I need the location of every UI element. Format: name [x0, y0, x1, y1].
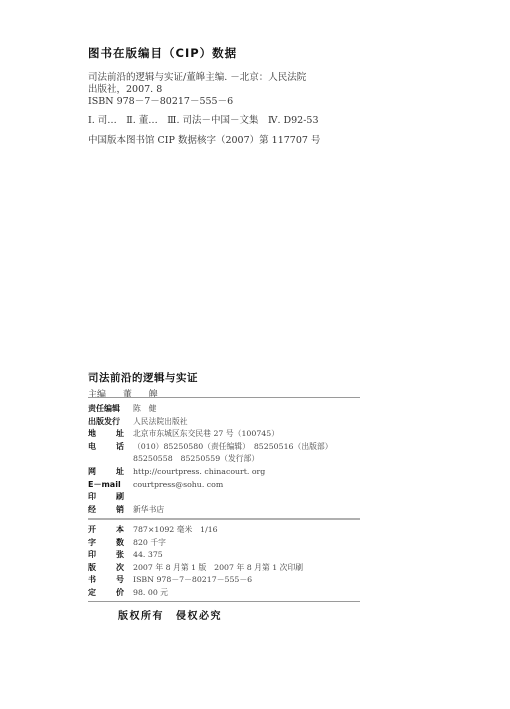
spec-value: 2007 年 8 月第 1 版 2007 年 8 月第 1 次印刷: [133, 563, 303, 572]
label-part-a: 开: [88, 524, 96, 536]
rights-reserved: 版权所有: [118, 611, 164, 622]
label-part-a: 印: [88, 549, 96, 561]
spec-row: 印张44. 375: [88, 549, 163, 561]
editor-name-2: 皞: [149, 390, 158, 400]
publishing-label: 出版发行: [88, 416, 133, 428]
cip-record-number: 中国版本图书馆 CIP 数据核字（2007）第 117707 号: [88, 132, 320, 146]
editor-label: 主编: [88, 390, 106, 400]
publishing-value: 北京市东城区东交民巷 27 号（100745）: [133, 429, 279, 438]
label-part-b: 张: [116, 549, 124, 561]
publishing-row: 经销新华书店: [88, 504, 164, 516]
label-part-b: 数: [116, 537, 124, 549]
label-part-b: 号: [116, 574, 124, 586]
label-part-b: 本: [116, 524, 124, 536]
label-part-b: 次: [116, 562, 124, 574]
label-part-a: 版: [88, 562, 96, 574]
spec-label: 印张: [88, 549, 124, 561]
spec-label: 定价: [88, 587, 124, 599]
publishing-value: 陈 健: [133, 404, 156, 413]
publishing-row: 印刷: [88, 491, 133, 503]
publishing-row: 责任编辑陈 健: [88, 403, 156, 415]
book-title: 司法前沿的逻辑与实证: [88, 370, 198, 385]
cip-heading: 图书在版编目（CIP）数据: [88, 45, 237, 61]
spec-value: 98. 00 元: [133, 588, 168, 597]
label-part-a: 责任编辑: [88, 404, 120, 413]
spec-row: 定价98. 00 元: [88, 587, 168, 599]
publishing-value: http://courtpress. chinacourt. org: [133, 467, 265, 476]
label-part-b: 刷: [116, 491, 124, 503]
spec-row: 版次2007 年 8 月第 1 版 2007 年 8 月第 1 次印刷: [88, 562, 303, 574]
infringement-notice: 侵权必究: [176, 611, 222, 622]
label-part-a: 书: [88, 574, 96, 586]
spec-value: ISBN 978－7－80217－555－6: [133, 575, 252, 584]
divider-bottom: [88, 601, 360, 602]
label-part-a: 经: [88, 504, 96, 516]
publishing-label: 地址: [88, 428, 124, 440]
label-part-b: 址: [116, 466, 124, 478]
publishing-value: 新华书店: [133, 505, 164, 514]
spec-value: 820 千字: [133, 538, 166, 547]
label-part-a: E－mail: [88, 480, 121, 489]
copyright-notice: 版权所有侵权必究: [118, 607, 222, 622]
label-part-b: 价: [116, 587, 124, 599]
label-part-a: 网: [88, 466, 96, 478]
spec-row: 书号ISBN 978－7－80217－555－6: [88, 574, 252, 586]
label-part-a: 定: [88, 587, 96, 599]
publishing-label: 印刷: [88, 491, 124, 503]
label-part-b: 话: [116, 441, 124, 453]
publishing-label: 电话: [88, 441, 124, 453]
spec-row: 开本787×1092 毫米 1/16: [88, 524, 218, 536]
chief-editor-line: 主编 董 皞: [88, 387, 172, 400]
publishing-value: 85250558 85250559（发行部）: [133, 454, 259, 463]
publishing-label: 经销: [88, 504, 124, 516]
publishing-row: 出版发行人民法院出版社: [88, 416, 188, 428]
publishing-label: 网址: [88, 466, 124, 478]
publishing-row: 网址http://courtpress. chinacourt. org: [88, 466, 265, 478]
cip-line-isbn: ISBN 978－7－80217－555－6: [88, 93, 233, 107]
label-part-a: 地: [88, 428, 96, 440]
label-part-a: 电: [88, 441, 96, 453]
divider-top: [88, 397, 360, 398]
spec-label: 版次: [88, 562, 124, 574]
publishing-row: 地址北京市东城区东交民巷 27 号（100745）: [88, 428, 279, 440]
publishing-row: 85250558 85250559（发行部）: [88, 453, 259, 465]
publishing-value: （010）85250580（责任编辑） 85250516（出版部）: [133, 442, 333, 451]
publishing-row: 电话（010）85250580（责任编辑） 85250516（出版部）: [88, 441, 333, 453]
editor-name-1: 董: [123, 390, 132, 400]
divider-middle: [88, 518, 360, 520]
spec-label: 字数: [88, 537, 124, 549]
spec-label: 书号: [88, 574, 124, 586]
label-part-b: 址: [116, 428, 124, 440]
publishing-row: E－mailcourtpress@sohu. com: [88, 479, 223, 491]
spec-row: 字数820 千字: [88, 537, 166, 549]
spec-value: 787×1092 毫米 1/16: [133, 525, 218, 534]
cip-classification: Ⅰ. 司… Ⅱ. 董… Ⅲ. 司法－中国－文集 Ⅳ. D92-53: [88, 112, 319, 126]
label-part-a: 字: [88, 537, 96, 549]
publishing-value: courtpress@sohu. com: [133, 480, 223, 489]
publishing-label: E－mail: [88, 479, 133, 491]
label-part-a: 出版发行: [88, 417, 120, 426]
publishing-value: 人民法院出版社: [133, 417, 188, 426]
label-part-a: 印: [88, 491, 96, 503]
spec-label: 开本: [88, 524, 124, 536]
publishing-label: 责任编辑: [88, 403, 133, 415]
spec-value: 44. 375: [133, 550, 163, 559]
label-part-b: 销: [116, 504, 124, 516]
